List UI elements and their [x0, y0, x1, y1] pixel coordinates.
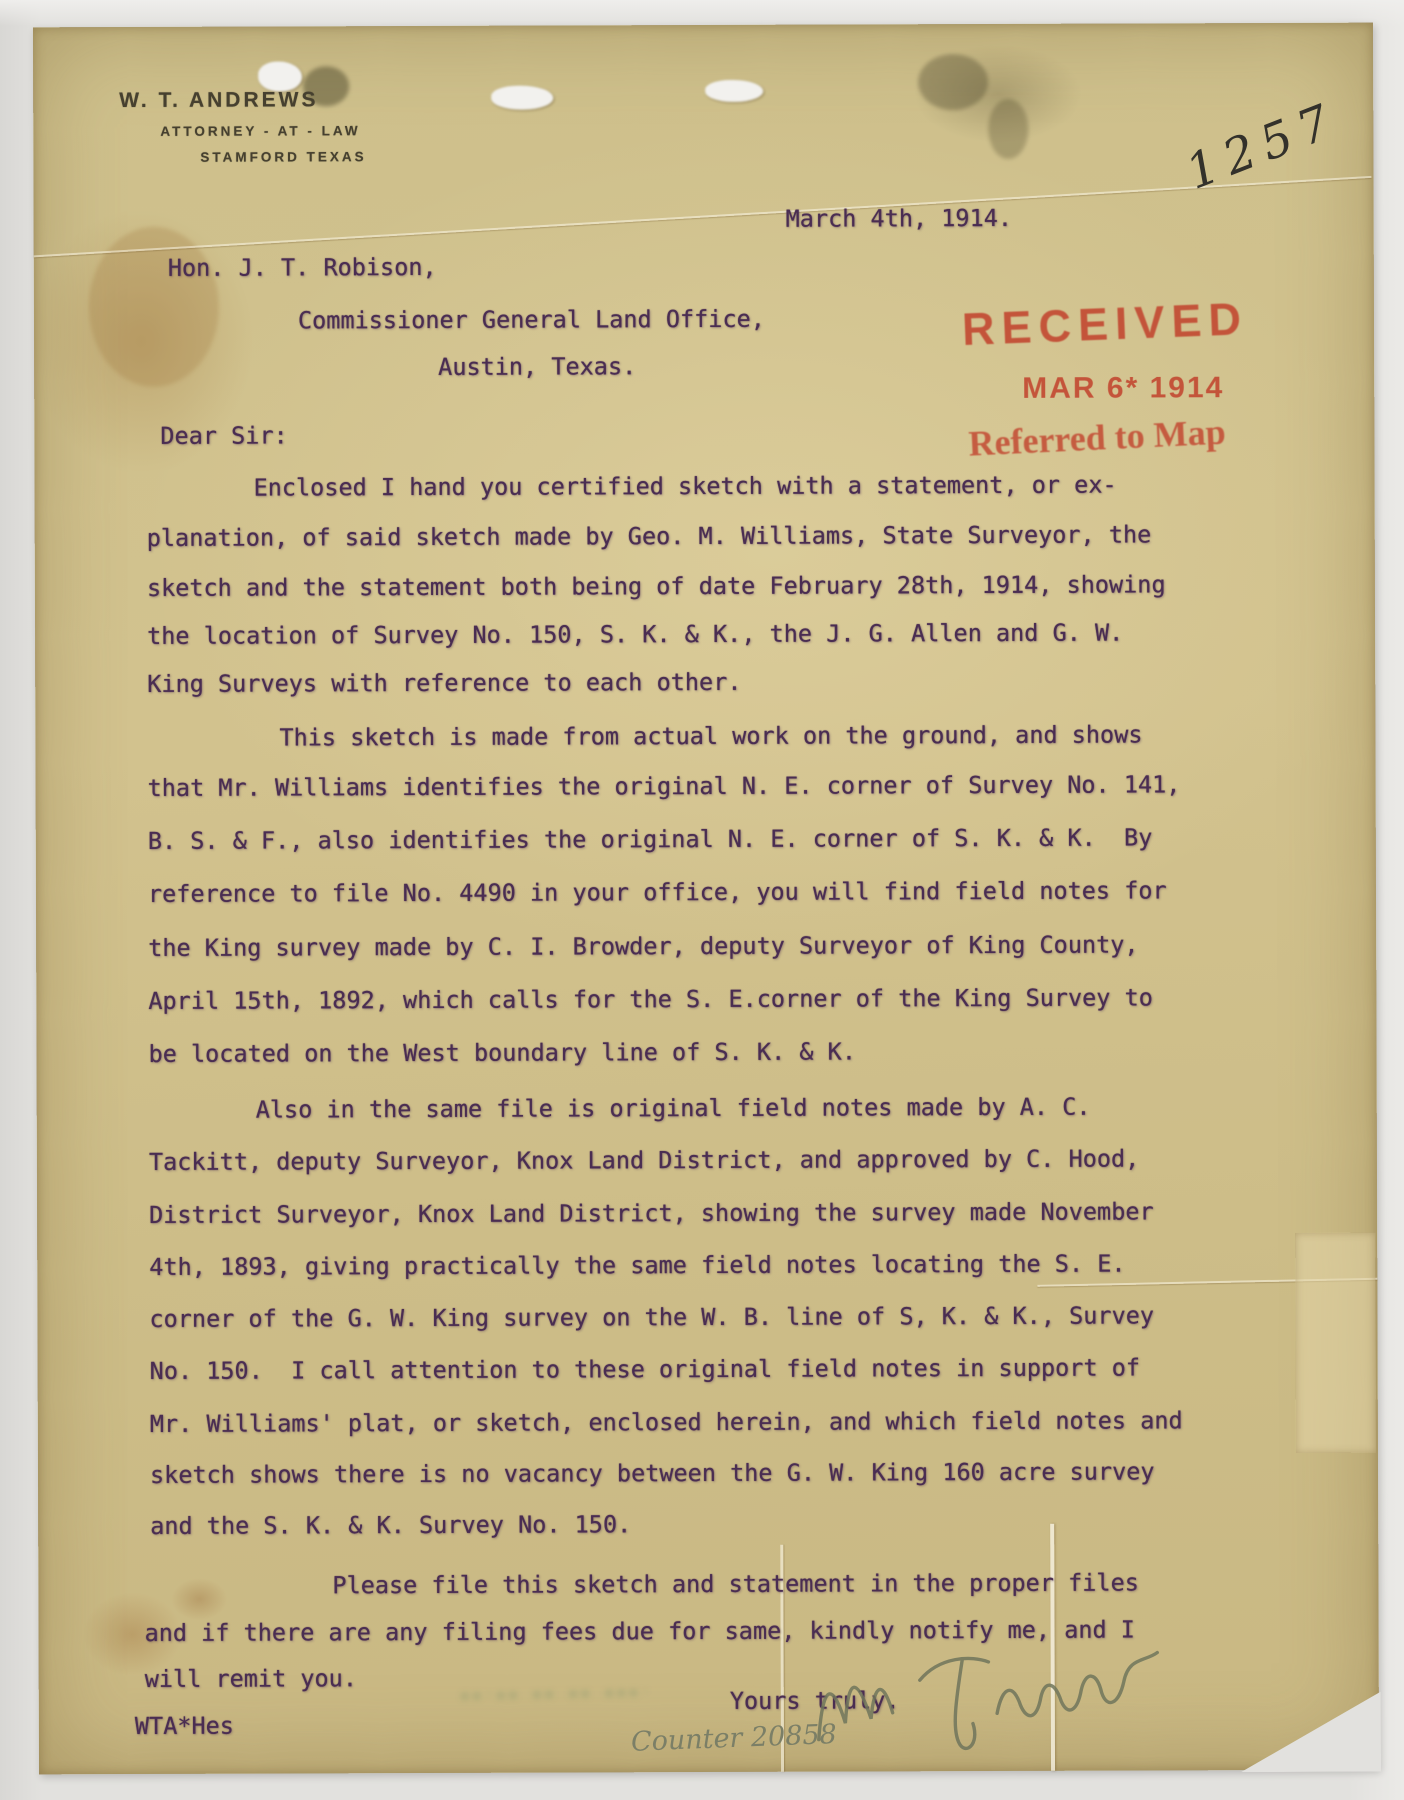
typed-line: and the S. K. & K. Survey No. 150. — [150, 1510, 631, 1540]
typed-line: This sketch is made from actual work on … — [279, 720, 1142, 751]
ink-smudge — [918, 54, 988, 110]
letter-body: Enclosed I hand you certified sketch wit… — [33, 23, 1373, 28]
torn-corner — [1241, 1692, 1381, 1772]
typed-line: sketch shows there is no vacancy between… — [150, 1457, 1155, 1489]
signature-name: W. T. Andrews — [839, 1725, 845, 1726]
paper-hole — [258, 61, 302, 91]
received-stamp-text: RECEIVED — [961, 293, 1249, 356]
typed-line: B. S. & F., also identifies the original… — [148, 823, 1153, 855]
typed-line: King Surveys with reference to each othe… — [147, 668, 741, 698]
typed-line: Also in the same file is original field … — [256, 1093, 1091, 1124]
recipient-line: Commissioner General Land Office, — [298, 305, 765, 335]
letter-date: March 4th, 1914. — [786, 204, 1012, 233]
typed-line: planation, of said sketch made by Geo. M… — [147, 520, 1152, 552]
typed-line: reference to file No. 4490 in your offic… — [148, 876, 1167, 908]
typed-line: corner of the G. W. King survey on the W… — [149, 1301, 1154, 1333]
ink-bleed-through: ·▪▪▪ ▪▪ ▪▪ ▪▪·▪▪ — [459, 1679, 652, 1707]
typed-line: that Mr. Williams identifies the origina… — [148, 770, 1181, 802]
letter-paper: ·▪▪▪ ▪▪ ▪▪ ▪▪·▪▪ W. T. ANDREWS ATTORNEY … — [33, 23, 1379, 1775]
signature-scrawl — [798, 1608, 1180, 1791]
crease — [34, 176, 1372, 257]
counter-annotation: Counter 20858 — [630, 1719, 837, 1758]
ink-smudge — [988, 99, 1028, 159]
scanned-letter-page: { "letterhead": { "name": "W. T. ANDREWS… — [0, 0, 1404, 1800]
typed-line: Enclosed I hand you certified sketch wit… — [254, 471, 1117, 502]
received-stamp-date: MAR 6* 1914 — [1022, 371, 1224, 406]
letterhead-title: ATTORNEY - AT - LAW — [160, 123, 360, 139]
letterhead-city: STAMFORD TEXAS — [200, 149, 366, 165]
recipient-line: Austin, Texas. — [438, 352, 636, 381]
typed-line: the King survey made by C. I. Browder, d… — [148, 930, 1138, 961]
typed-line: Tackitt, deputy Surveyor, Knox Land Dist… — [149, 1144, 1139, 1175]
typed-line: April 15th, 1892, which calls for the S.… — [148, 983, 1153, 1015]
paper-patch — [1295, 1233, 1376, 1453]
typed-line: the location of Survey No. 150, S. K. & … — [147, 619, 1123, 650]
paper-hole — [491, 86, 553, 110]
typed-line: 4th, 1893, giving practically the same f… — [149, 1250, 1125, 1281]
typed-line: will remit you. — [145, 1664, 357, 1693]
recipient-line: Hon. J. T. Robison, — [168, 253, 437, 282]
typed-line: No. 150. I call attention to these origi… — [150, 1353, 1140, 1384]
typed-line: Mr. Williams' plat, or sketch, enclosed … — [150, 1406, 1183, 1438]
paper-hole — [705, 80, 763, 102]
typed-line: be located on the West boundary line of … — [148, 1037, 856, 1067]
typed-line: District Surveyor, Knox Land District, s… — [149, 1197, 1154, 1229]
typist-initials: WTA*Hes — [135, 1712, 234, 1740]
typed-line: Please file this sketch and statement in… — [332, 1568, 1139, 1599]
salutation: Dear Sir: — [160, 421, 287, 449]
referred-to-map-stamp: Referred to Map — [968, 411, 1227, 465]
typed-line: sketch and the statement both being of d… — [147, 570, 1166, 602]
letterhead-name: W. T. ANDREWS — [119, 88, 318, 113]
